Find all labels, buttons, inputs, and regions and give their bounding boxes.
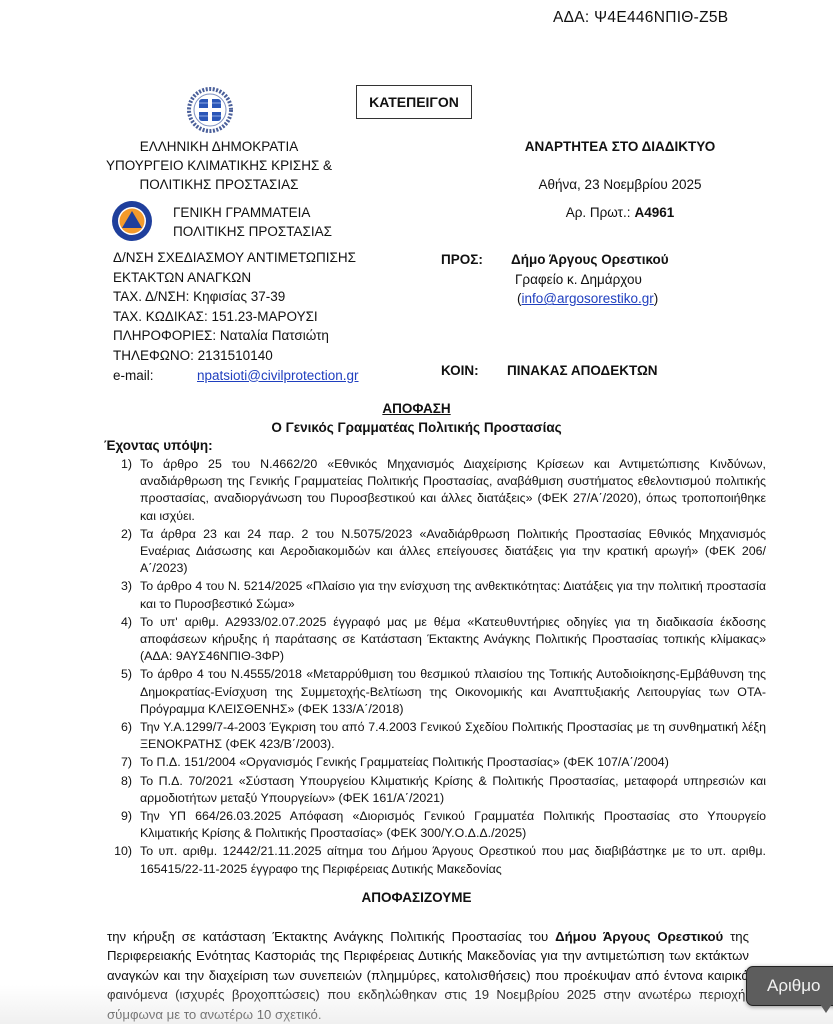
email-row: e-mail: npatsioti@civilprotection.gr bbox=[113, 366, 359, 386]
list-item: 1)Το άρθρο 25 του Ν.4662/20 «Εθνικός Μηχ… bbox=[108, 456, 766, 525]
list-item: 7)Το Π.Δ. 151/2004 «Οργανισμός Γενικής Γ… bbox=[108, 754, 766, 771]
references-list: 1)Το άρθρο 25 του Ν.4662/20 «Εθνικός Μηχ… bbox=[108, 456, 766, 879]
recipient-email-row: (info@argosorestiko.gr) bbox=[517, 289, 669, 309]
protocol-value: Α4961 bbox=[635, 205, 675, 220]
general-secretariat: ΓΕΝΙΚΗ ΓΡΑΜΜΑΤΕΙΑ ΠΟΛΙΤΙΚΗΣ ΠΡΟΣΤΑΣΙΑΣ bbox=[173, 203, 332, 241]
tooltip-popup: Αριθμο bbox=[746, 966, 833, 1006]
cc-value: ΠΙΝΑΚΑΣ ΑΠΟΔΕΚΤΩΝ bbox=[507, 363, 658, 378]
contact-person-line: ΠΛΗΡΟΦΟΡΙΕΣ: Ναταλία Πατσιώτη bbox=[113, 326, 359, 346]
list-item: 9)Την ΥΠ 664/26.03.2025 Απόφαση «Διορισμ… bbox=[108, 808, 766, 842]
recipient-email-link[interactable]: info@argosorestiko.gr bbox=[522, 291, 654, 306]
address-line: ΤΑΧ. Δ/ΝΣΗ: Κηφισίας 37-39 bbox=[113, 287, 359, 307]
having-considered-label: Έχοντας υπόψη: bbox=[104, 438, 213, 453]
list-item: 2)Τα άρθρα 23 και 24 παρ. 2 του Ν.5075/2… bbox=[108, 526, 766, 578]
document-date: Αθήνα, 23 Νοεμβρίου 2025 bbox=[470, 177, 770, 192]
sender-email-link[interactable]: npatsioti@civilprotection.gr bbox=[197, 366, 359, 386]
greek-coat-of-arms-icon bbox=[187, 87, 233, 133]
to-label: ΠΡΟΣ: bbox=[441, 250, 511, 270]
decision-subtitle: Ο Γενικός Γραμματέας Πολιτικής Προστασία… bbox=[0, 420, 833, 435]
list-item: 6)Την Υ.Α.1299/7-4-2003 Έγκριση του από … bbox=[108, 719, 766, 753]
protocol-number: Αρ. Πρωτ.:Α4961 bbox=[470, 205, 770, 220]
ada-code: ΑΔΑ: Ψ4Ε446ΝΠΙΘ-Ζ5Β bbox=[553, 9, 728, 27]
tooltip-text: Αριθμο bbox=[767, 976, 821, 996]
gs-line-1: ΓΕΝΙΚΗ ΓΡΑΜΜΑΤΕΙΑ bbox=[173, 203, 332, 222]
postal-code-line: ΤΑΧ. ΚΩΔΙΚΑΣ: 151.23-ΜΑΡΟΥΣΙ bbox=[113, 307, 359, 327]
list-item: 8)Το Π.Δ. 70/2021 «Σύσταση Υπουργείου Κλ… bbox=[108, 773, 766, 807]
municipality-name: Δήμου Άργους Ορεστικού bbox=[555, 929, 723, 944]
list-item: 5)Το άρθρο 4 του Ν.4555/2018 «Μεταρρύθμι… bbox=[108, 666, 766, 718]
dept-line-2: ΕΚΤΑΚΤΩΝ ΑΝΑΓΚΩΝ bbox=[113, 268, 359, 288]
urgent-label: ΚΑΤΕΠΕΙΓΟΝ bbox=[356, 85, 472, 119]
cc-row: ΚΟΙΝ: ΠΙΝΑΚΑΣ ΑΠΟΔΕΚΤΩΝ bbox=[441, 363, 658, 378]
civil-protection-logo-icon bbox=[111, 200, 153, 242]
republic-line: ΕΛΛΗΝΙΚΗ ΔΗΜΟΚΡΑΤΙΑ bbox=[104, 137, 334, 156]
tooltip-tail bbox=[820, 1004, 832, 1013]
recipient-block: ΠΡΟΣ: Δήμο Άργους Ορεστικού Γραφείο κ. Δ… bbox=[441, 250, 669, 309]
ministry-header: ΕΛΛΗΝΙΚΗ ΔΗΜΟΚΡΑΤΙΑ ΥΠΟΥΡΓΕΙΟ ΚΛΙΜΑΤΙΚΗΣ… bbox=[104, 137, 334, 194]
we-decide-heading: ΑΠΟΦΑΣΙΖΟΥΜΕ bbox=[0, 890, 833, 905]
protocol-label: Αρ. Πρωτ.: bbox=[566, 205, 631, 220]
list-item: 4)Το υπ' αριθμ. Α2933/02.07.2025 έγγραφό… bbox=[108, 614, 766, 666]
list-item: 3)Το άρθρο 4 του Ν. 5214/2025 «Πλαίσιο γ… bbox=[108, 578, 766, 612]
list-item: 10)Το υπ. αριθμ. 12442/21.11.2025 αίτημα… bbox=[108, 843, 766, 877]
phone-line: ΤΗΛΕΦΩΝΟ: 2131510140 bbox=[113, 346, 359, 366]
department-info: Δ/ΝΣΗ ΣΧΕΔΙΑΣΜΟΥ ΑΝΤΙΜΕΤΩΠΙΣΗΣ ΕΚΤΑΚΤΩΝ … bbox=[113, 248, 359, 385]
dept-line-1: Δ/ΝΣΗ ΣΧΕΔΙΑΣΜΟΥ ΑΝΤΙΜΕΤΩΠΙΣΗΣ bbox=[113, 248, 359, 268]
decision-title: ΑΠΟΦΑΣΗ bbox=[0, 401, 833, 416]
ministry-line: ΥΠΟΥΡΓΕΙΟ ΚΛΙΜΑΤΙΚΗΣ ΚΡΙΣΗΣ & bbox=[104, 156, 334, 175]
email-label: e-mail: bbox=[113, 366, 197, 386]
ministry-line-2: ΠΟΛΙΤΙΚΗΣ ΠΡΟΣΤΑΣΙΑΣ bbox=[104, 175, 334, 194]
decision-body: την κήρυξη σε κατάσταση Έκτακτης Ανάγκης… bbox=[107, 927, 749, 1024]
post-online-label: ΑΝΑΡΤΗΤΕΑ ΣΤΟ ΔΙΑΔΙΚΤΥΟ bbox=[470, 139, 770, 154]
gs-line-2: ΠΟΛΙΤΙΚΗΣ ΠΡΟΣΤΑΣΙΑΣ bbox=[173, 222, 332, 241]
recipient-name: Δήμο Άργους Ορεστικού bbox=[511, 250, 669, 270]
cc-label: ΚΟΙΝ: bbox=[441, 363, 507, 378]
recipient-office: Γραφείο κ. Δημάρχου bbox=[515, 270, 669, 290]
